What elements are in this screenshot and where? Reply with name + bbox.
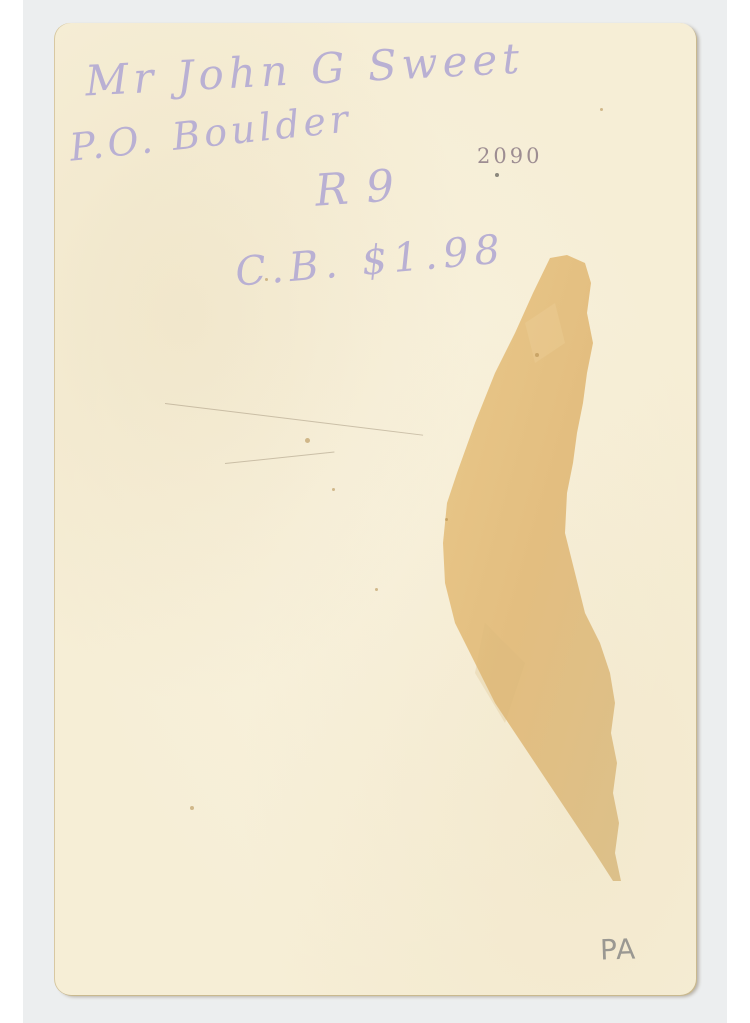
foxing-speck xyxy=(535,353,539,357)
foxing-speck xyxy=(332,488,335,491)
foxing-speck xyxy=(600,108,603,111)
foxing-speck xyxy=(265,278,268,281)
corner-pencil-mark: PA xyxy=(599,932,636,966)
stamped-number: 2090 xyxy=(477,144,542,168)
foxing-speck xyxy=(495,173,499,177)
cabinet-card-back: Mr John G Sweet P.O. Boulder R 9 C.B. $1… xyxy=(55,23,696,995)
handwritten-route: R 9 xyxy=(313,160,397,217)
foxing-speck xyxy=(445,518,448,521)
foxing-speck xyxy=(305,438,310,443)
foxing-speck xyxy=(190,806,194,810)
foxing-speck xyxy=(375,588,378,591)
